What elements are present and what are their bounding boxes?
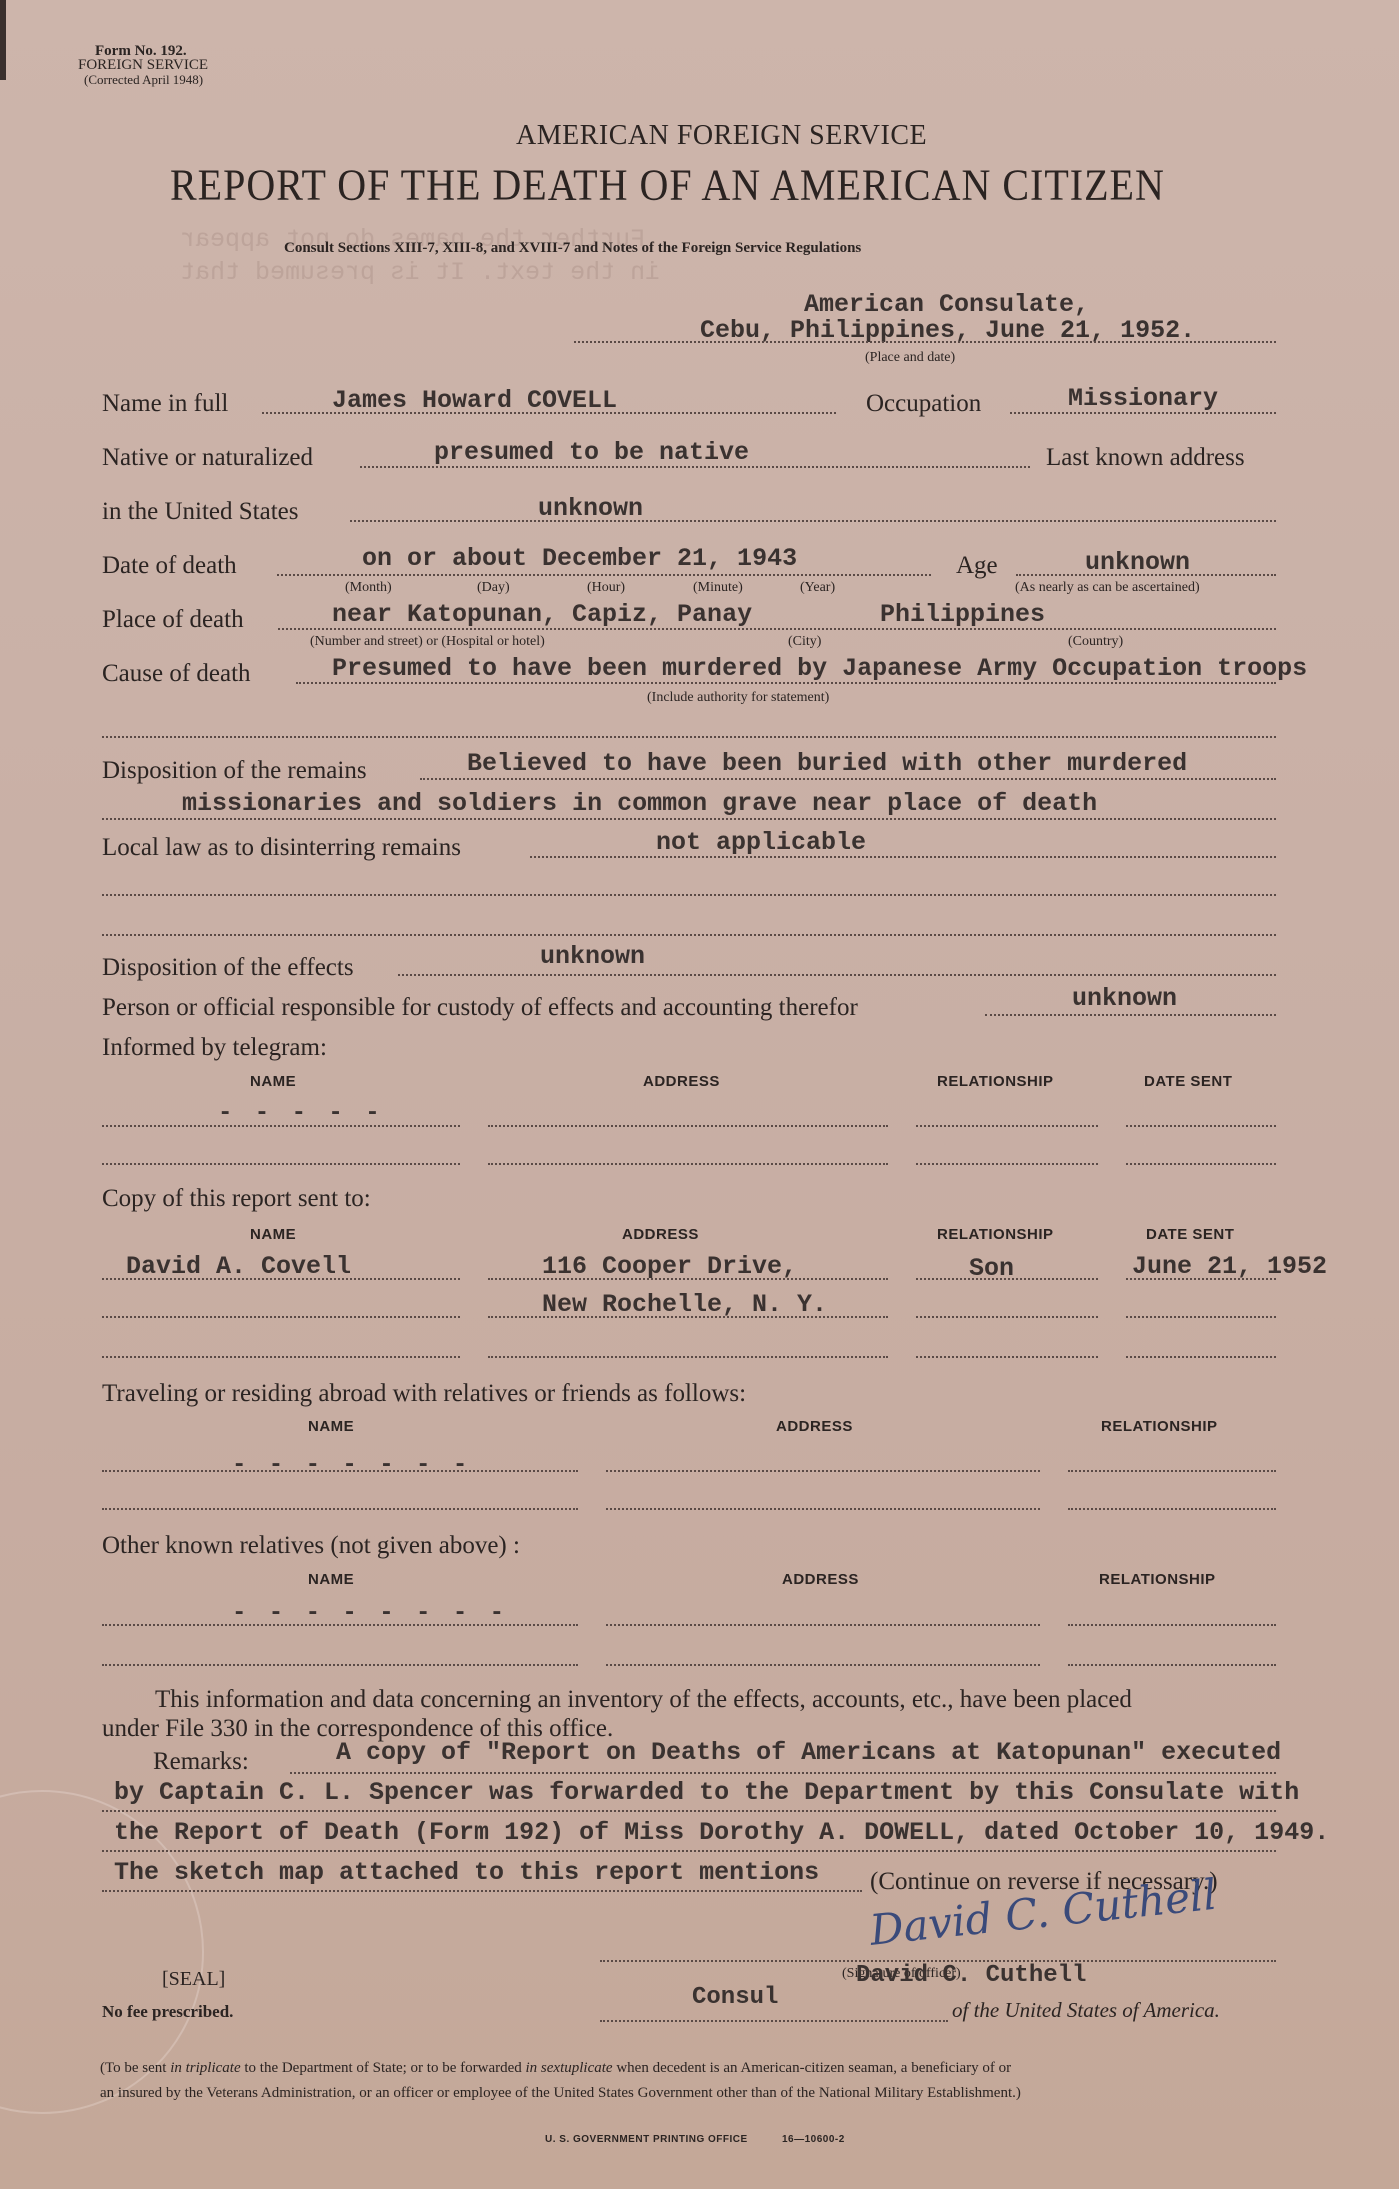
document-page: Further the names do not appear in the t…	[0, 0, 1399, 2189]
place-date-line	[574, 341, 1276, 343]
caption-country: (Country)	[1068, 634, 1123, 650]
other-relatives-label: Other known relatives (not given above) …	[102, 1532, 520, 1560]
place-date-line1: American Consulate,	[804, 290, 1089, 319]
copy-line	[1126, 1278, 1276, 1280]
copy-line	[102, 1356, 460, 1358]
printer-imprint: U. S. GOVERNMENT PRINTING OFFICE	[545, 2134, 748, 2145]
other-line	[102, 1664, 578, 1666]
traveling-line	[1068, 1470, 1276, 1472]
footer-text-italic: in sextuplicate	[526, 2060, 613, 2076]
traveling-col-relationship: RELATIONSHIP	[1101, 1418, 1218, 1435]
footer-line-2: an insured by the Veterans Administratio…	[100, 2081, 1021, 2106]
copy-col-relationship: RELATIONSHIP	[937, 1226, 1054, 1243]
date-of-death-value[interactable]: on or about December 21, 1943	[362, 544, 797, 573]
telegram-line	[102, 1125, 460, 1127]
other-line	[606, 1624, 1040, 1626]
form-service: FOREIGN SERVICE	[78, 58, 208, 73]
copy-row-address-1[interactable]: 116 Cooper Drive,	[542, 1252, 797, 1281]
caption-street: (Number and street) or (Hospital or hote…	[310, 634, 545, 650]
telegram-row-name[interactable]: - - - - -	[218, 1100, 384, 1127]
local-law-line	[530, 856, 1276, 858]
traveling-col-address: ADDRESS	[776, 1418, 853, 1435]
other-line	[1068, 1664, 1276, 1666]
copy-line	[488, 1356, 888, 1358]
age-value[interactable]: unknown	[1085, 548, 1190, 577]
in-us-label: in the United States	[102, 498, 299, 526]
remarks-label: Remarks:	[153, 1748, 249, 1776]
other-line	[102, 1624, 578, 1626]
remarks-line-3[interactable]: the Report of Death (Form 192) of Miss D…	[114, 1818, 1329, 1847]
regulations-note: Consult Sections XIII-7, XIII-8, and XVI…	[284, 240, 861, 257]
copy-line	[488, 1278, 888, 1280]
copy-row-name[interactable]: David A. Covell	[126, 1252, 351, 1281]
copy-line	[1126, 1316, 1276, 1318]
printer-code: 16—10600-2	[782, 2134, 845, 2145]
local-law-value[interactable]: not applicable	[656, 828, 866, 857]
copy-line	[916, 1278, 1098, 1280]
remarks-line	[102, 1810, 1276, 1812]
form-corrected: (Corrected April 1948)	[84, 72, 203, 87]
footer-text-italic: in triplicate	[170, 2060, 240, 2076]
caption-city: (City)	[788, 634, 821, 650]
remains-line-1	[420, 778, 1276, 780]
custody-line	[985, 1014, 1276, 1016]
traveling-line	[102, 1470, 578, 1472]
remains-value-2[interactable]: missionaries and soldiers in common grav…	[182, 789, 1097, 818]
age-label: Age	[956, 552, 998, 580]
effects-label: Disposition of the effects	[102, 954, 354, 982]
copy-line	[916, 1356, 1098, 1358]
caption-day: (Day)	[477, 580, 510, 596]
caption-minute: (Minute)	[693, 580, 743, 596]
other-col-name: NAME	[308, 1571, 354, 1588]
traveling-line	[606, 1508, 1040, 1510]
place-of-death-value[interactable]: near Katopunan, Capiz, Panay	[332, 600, 752, 629]
typed-signature-name: David C. Cuthell	[856, 1962, 1086, 1989]
inventory-note-1: This information and data concerning an …	[155, 1686, 1132, 1714]
occupation-value[interactable]: Missionary	[1068, 384, 1218, 413]
in-us-line	[350, 520, 1276, 522]
footer-text: (To be sent	[100, 2060, 170, 2076]
seal-label: [SEAL]	[162, 1968, 225, 1991]
copy-line	[1126, 1356, 1276, 1358]
custody-label: Person or official responsible for custo…	[102, 994, 858, 1022]
page-edge-shadow	[0, 0, 6, 80]
local-law-extra-line-1	[102, 894, 1276, 896]
copy-line	[102, 1316, 460, 1318]
traveling-line	[606, 1470, 1040, 1472]
caption-hour: (Hour)	[587, 580, 625, 596]
footer-text: when decedent is an American-citizen sea…	[613, 2060, 1012, 2076]
officer-title: Consul	[692, 1984, 778, 2011]
place-of-death-label: Place of death	[102, 606, 244, 634]
name-label: Name in full	[102, 390, 228, 418]
copy-col-address: ADDRESS	[622, 1226, 699, 1243]
telegram-line	[488, 1163, 888, 1165]
telegram-line	[102, 1163, 460, 1165]
age-caption: (As nearly as can be ascertained)	[1015, 580, 1200, 596]
in-us-value[interactable]: unknown	[538, 494, 643, 523]
telegram-col-name: NAME	[250, 1073, 296, 1090]
remarks-line	[290, 1772, 1276, 1774]
telegram-line	[488, 1125, 888, 1127]
remarks-line-1[interactable]: A copy of "Report on Deaths of Americans…	[336, 1738, 1281, 1767]
effects-line	[398, 974, 1276, 976]
title-line	[600, 2020, 948, 2022]
place-date-caption: (Place and date)	[865, 350, 955, 366]
other-col-relationship: RELATIONSHIP	[1099, 1571, 1216, 1588]
cause-value[interactable]: Presumed to have been murdered by Japane…	[332, 654, 1307, 683]
telegram-line	[1126, 1163, 1276, 1165]
telegram-label: Informed by telegram:	[102, 1034, 327, 1062]
telegram-col-relationship: RELATIONSHIP	[937, 1073, 1054, 1090]
other-line	[606, 1664, 1040, 1666]
traveling-line	[1068, 1508, 1276, 1510]
local-law-label: Local law as to disinterring remains	[102, 834, 461, 862]
cause-extra-line	[102, 736, 1276, 738]
telegram-col-address: ADDRESS	[643, 1073, 720, 1090]
caption-year: (Year)	[800, 580, 835, 596]
title-suffix: of the United States of America.	[952, 1998, 1220, 2023]
remarks-line-4[interactable]: The sketch map attached to this report m…	[114, 1858, 819, 1887]
traveling-label: Traveling or residing abroad with relati…	[102, 1380, 746, 1408]
agency-heading: AMERICAN FOREIGN SERVICE	[516, 120, 927, 152]
custody-value[interactable]: unknown	[1072, 984, 1177, 1013]
copy-line	[488, 1316, 888, 1318]
other-col-address: ADDRESS	[782, 1571, 859, 1588]
last-address-label: Last known address	[1046, 444, 1245, 472]
native-value[interactable]: presumed to be native	[434, 438, 749, 467]
date-of-death-line	[277, 574, 931, 576]
remains-label: Disposition of the remains	[102, 757, 367, 785]
footer-line-1: (To be sent in triplicate to the Departm…	[100, 2056, 1011, 2081]
copy-row-date[interactable]: June 21, 1952	[1132, 1252, 1327, 1281]
bleed-through-text: in the text. It is presumed that	[180, 258, 660, 287]
other-line	[1068, 1624, 1276, 1626]
cause-label: Cause of death	[102, 660, 251, 688]
copy-sent-label: Copy of this report sent to:	[102, 1185, 371, 1213]
name-value[interactable]: James Howard COVELL	[332, 386, 617, 415]
native-label: Native or naturalized	[102, 444, 313, 472]
remarks-line	[102, 1850, 1276, 1852]
caption-month: (Month)	[345, 580, 392, 596]
remarks-line	[102, 1890, 862, 1892]
copy-line	[102, 1278, 460, 1280]
remarks-line-2[interactable]: by Captain C. L. Spencer was forwarded t…	[114, 1778, 1299, 1807]
local-law-extra-line-2	[102, 934, 1276, 936]
traveling-row-name[interactable]: - - - - - - -	[232, 1452, 471, 1479]
copy-row-address-2[interactable]: New Rochelle, N. Y.	[542, 1290, 827, 1319]
remains-line-2	[102, 818, 1276, 820]
footer-text: to the Department of State; or to be for…	[241, 2060, 526, 2076]
telegram-line	[916, 1163, 1098, 1165]
copy-line	[916, 1316, 1098, 1318]
cause-caption: (Include authority for statement)	[647, 690, 829, 706]
traveling-line	[102, 1508, 578, 1510]
effects-value[interactable]: unknown	[540, 942, 645, 971]
copy-col-name: NAME	[250, 1226, 296, 1243]
telegram-line	[1126, 1125, 1276, 1127]
page-title: REPORT OF THE DEATH OF AN AMERICAN CITIZ…	[170, 158, 1165, 211]
occupation-label: Occupation	[866, 390, 981, 418]
date-of-death-label: Date of death	[102, 552, 237, 580]
remains-value-1[interactable]: Believed to have been buried with other …	[467, 749, 1187, 778]
telegram-line	[916, 1125, 1098, 1127]
copy-col-date: DATE SENT	[1146, 1226, 1234, 1243]
traveling-col-name: NAME	[308, 1418, 354, 1435]
place-country-value[interactable]: Philippines	[880, 600, 1045, 629]
other-row-name[interactable]: - - - - - - - -	[232, 1600, 508, 1627]
fee-note: No fee prescribed.	[102, 2002, 233, 2022]
telegram-col-date: DATE SENT	[1144, 1073, 1232, 1090]
